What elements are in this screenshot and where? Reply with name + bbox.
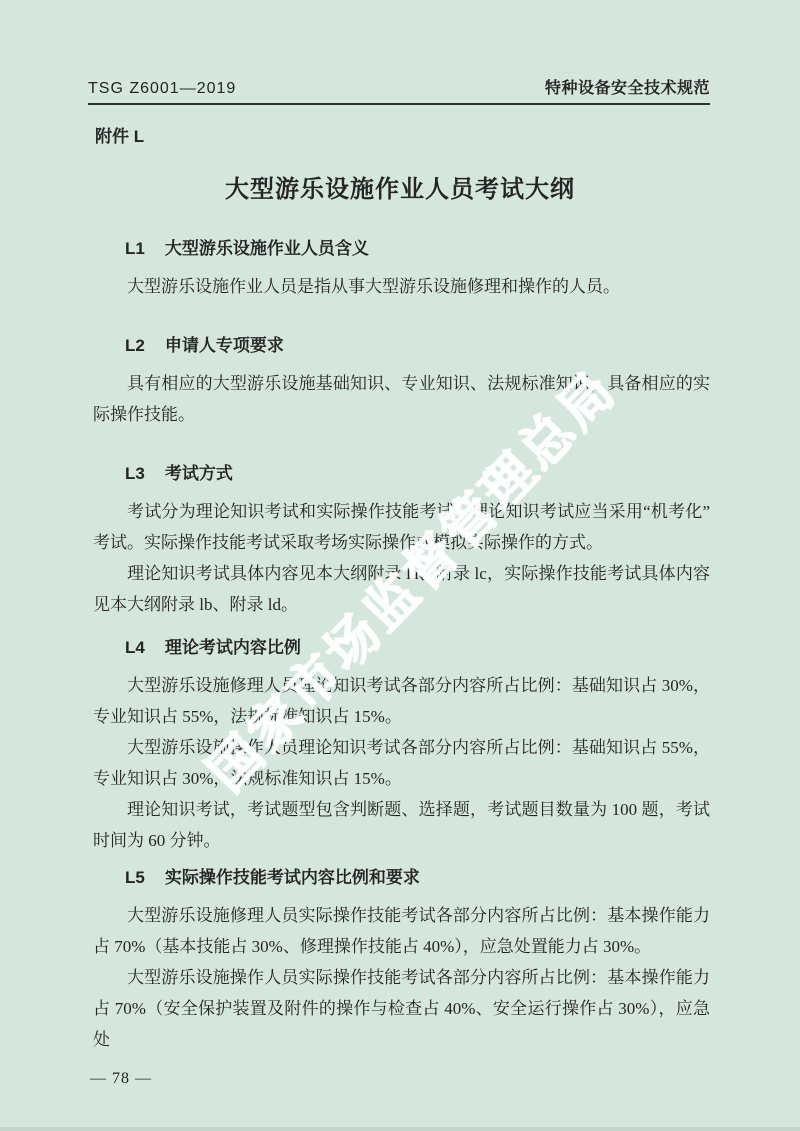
section-heading: L5实际操作技能考试内容比例和要求 <box>125 868 710 888</box>
section-heading: L4理论考试内容比例 <box>125 638 710 658</box>
section-heading-text: 考试方式 <box>165 464 233 483</box>
section-L1: L1大型游乐设施作业人员含义大型游乐设施作业人员是指从事大型游乐设施修理和操作的… <box>93 239 710 302</box>
section-heading-text: 理论考试内容比例 <box>165 638 301 657</box>
section-heading-text: 实际操作技能考试内容比例和要求 <box>165 868 420 887</box>
doc-category: 特种设备安全技术规范 <box>545 80 710 98</box>
section-number: L1 <box>125 239 145 258</box>
section-heading: L2申请人专项要求 <box>125 336 710 356</box>
paragraph: 大型游乐设施修理人员理论知识考试各部分内容所占比例：基础知识占 30%，专业知识… <box>93 670 710 732</box>
section-L2: L2申请人专项要求具有相应的大型游乐设施基础知识、专业知识、法规标准知识，具备相… <box>93 336 710 430</box>
paragraph: 考试分为理论知识考试和实际操作技能考试。理论知识考试应当采用“机考化”考试。实际… <box>93 496 710 558</box>
section-L5: L5实际操作技能考试内容比例和要求大型游乐设施修理人员实际操作技能考试各部分内容… <box>93 868 710 1055</box>
section-number: L3 <box>125 464 145 483</box>
paragraph: 理论知识考试具体内容见本大纲附录 la、附录 lc，实际操作技能考试具体内容见本… <box>93 558 710 620</box>
paragraph: 具有相应的大型游乐设施基础知识、专业知识、法规标准知识，具备相应的实际操作技能。 <box>93 368 710 430</box>
section-number: L4 <box>125 638 145 657</box>
paragraph: 理论知识考试，考试题型包含判断题、选择题，考试题目数量为 100 题，考试时间为… <box>93 794 710 856</box>
section-L3: L3考试方式考试分为理论知识考试和实际操作技能考试。理论知识考试应当采用“机考化… <box>93 464 710 620</box>
section-heading: L3考试方式 <box>125 464 710 484</box>
page-header: TSG Z6001—2019 特种设备安全技术规范 <box>88 0 710 105</box>
section-L4: L4理论考试内容比例大型游乐设施修理人员理论知识考试各部分内容所占比例：基础知识… <box>93 638 710 856</box>
attachment-label: 附件 L <box>95 127 800 147</box>
section-heading-text: 申请人专项要求 <box>165 336 284 355</box>
section-number: L2 <box>125 336 145 355</box>
paragraph: 大型游乐设施作业人员是指从事大型游乐设施修理和操作的人员。 <box>93 271 710 302</box>
document-page: TSG Z6001—2019 特种设备安全技术规范 附件 L 大型游乐设施作业人… <box>0 0 800 1131</box>
section-heading-text: 大型游乐设施作业人员含义 <box>165 239 369 258</box>
section-heading: L1大型游乐设施作业人员含义 <box>125 239 710 259</box>
document-title: 大型游乐设施作业人员考试大纲 <box>0 175 800 205</box>
paragraph: 大型游乐设施操作人员实际操作技能考试各部分内容所占比例：基本操作能力占 70%（… <box>93 962 710 1055</box>
paragraph: 大型游乐设施操作人员理论知识考试各部分内容所占比例：基础知识占 55%，专业知识… <box>93 732 710 794</box>
paragraph: 大型游乐设施修理人员实际操作技能考试各部分内容所占比例：基本操作能力占 70%（… <box>93 900 710 962</box>
page-number: — 78 — <box>90 1070 152 1087</box>
section-number: L5 <box>125 868 145 887</box>
document-body: L1大型游乐设施作业人员含义大型游乐设施作业人员是指从事大型游乐设施修理和操作的… <box>93 239 710 1055</box>
page-footer: — 78 — <box>90 1069 800 1088</box>
doc-number: TSG Z6001—2019 <box>88 80 236 98</box>
